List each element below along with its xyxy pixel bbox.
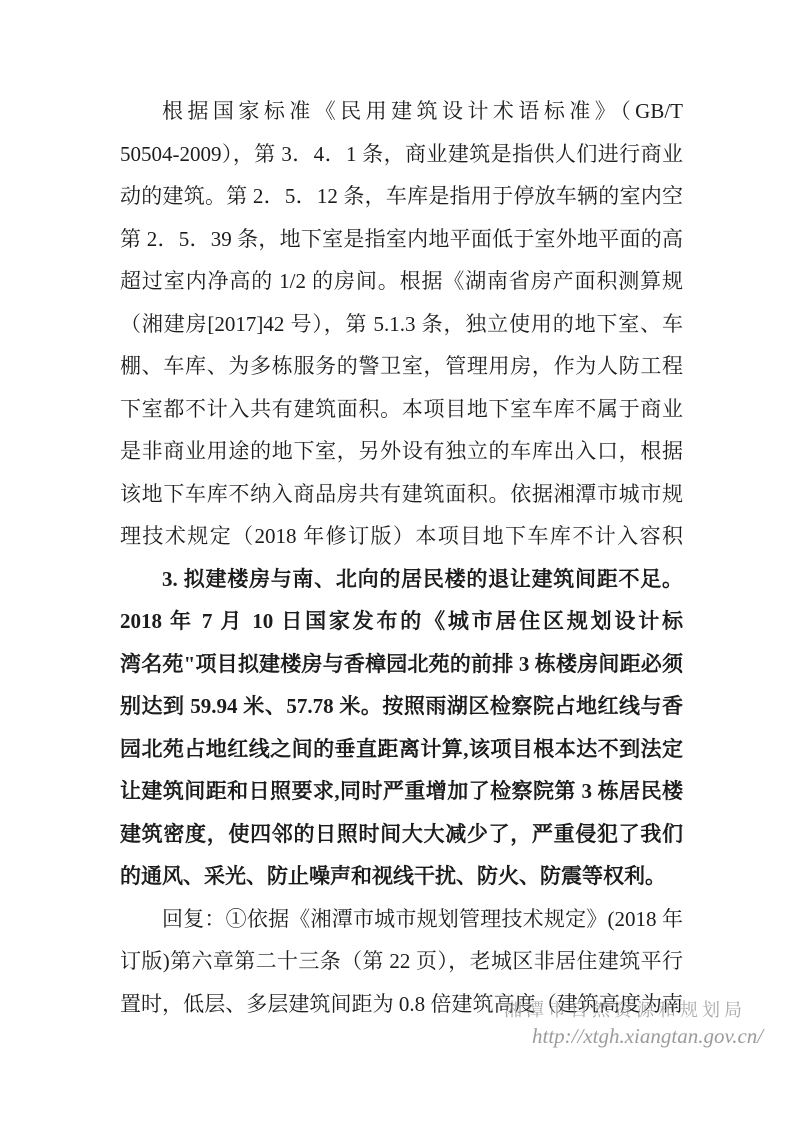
agency-watermark: 湘潭市自然资源和规划局 <box>504 996 746 1022</box>
text-line: 是非商业用途的地下室，另外设有独立的车库出入口，根据规则 <box>120 430 683 473</box>
text-line: 该地下车库不纳入商品房共有建筑面积。依据湘潭市城市规划管 <box>120 473 683 516</box>
text-line: 根据国家标准《民用建筑设计术语标准》（GB/T <box>120 90 683 133</box>
text-line: 订版)第六章第二十三条（第 22 页），老城区非居住建筑平行布 <box>120 940 683 983</box>
text-line: 园北苑占地红线之间的垂直距离计算,该项目根本达不到法定退 <box>120 728 683 771</box>
text-line: 湾名苑"项目拟建楼房与香樟园北苑的前排 3 栋楼房间距必须分 <box>120 643 683 686</box>
text-line: 回复：①依据《湘潭市城市规划管理技术规定》(2018 年修 <box>120 898 683 941</box>
text-line: 2018 年 7 月 10 日国家发布的《城市居住区规划设计标准》,“龙 <box>120 600 683 643</box>
text-line: 建筑密度，使四邻的日照时间大大减少了，严重侵犯了我们四邻 <box>120 813 683 856</box>
text-line: 理技术规定（2018 年修订版）本项目地下车库不计入容积率。 <box>120 515 683 558</box>
text-line: 让建筑间距和日照要求,同时严重增加了检察院第 3 栋居民楼的 <box>120 770 683 813</box>
text-line: 的通风、采光、防止噪声和视线干扰、防火、防震等权利。 <box>120 855 683 898</box>
text-line: 50504-2009），第 3．4．1 条，商业建筑是指供人们进行商业活 <box>120 133 683 176</box>
document-page: 根据国家标准《民用建筑设计术语标准》（GB/T 50504-2009），第 3．… <box>0 0 800 1131</box>
document-body: 根据国家标准《民用建筑设计术语标准》（GB/T 50504-2009），第 3．… <box>120 90 683 1025</box>
url-watermark: http://xtgh.xiangtan.gov.cn/ <box>532 1024 763 1049</box>
text-line: （湘建房[2017]42 号），第 5.1.3 条，独立使用的地下室、车 <box>120 303 683 346</box>
text-line: 下室都不计入共有建筑面积。本项目地下室车库不属于商业建筑 <box>120 388 683 431</box>
text-line: 动的建筑。第 2．5．12 条，车库是指用于停放车辆的室内空间。 <box>120 175 683 218</box>
text-line: 别达到 59.94 米、57.78 米。按照雨湖区检察院占地红线与香樟 <box>120 685 683 728</box>
text-line: 棚、车库、为多栋服务的警卫室，管理用房，作为人防工程的地 <box>120 345 683 388</box>
text-line: 3. 拟建楼房与南、北向的居民楼的退让建筑间距不足。按照 <box>120 558 683 601</box>
text-line: 超过室内净高的 1/2 的房间。根据《湖南省房产面积测算规则》 <box>120 260 683 303</box>
text-line: 第 2．5．39 条，地下室是指室内地平面低于室外地平面的高度 <box>120 218 683 261</box>
